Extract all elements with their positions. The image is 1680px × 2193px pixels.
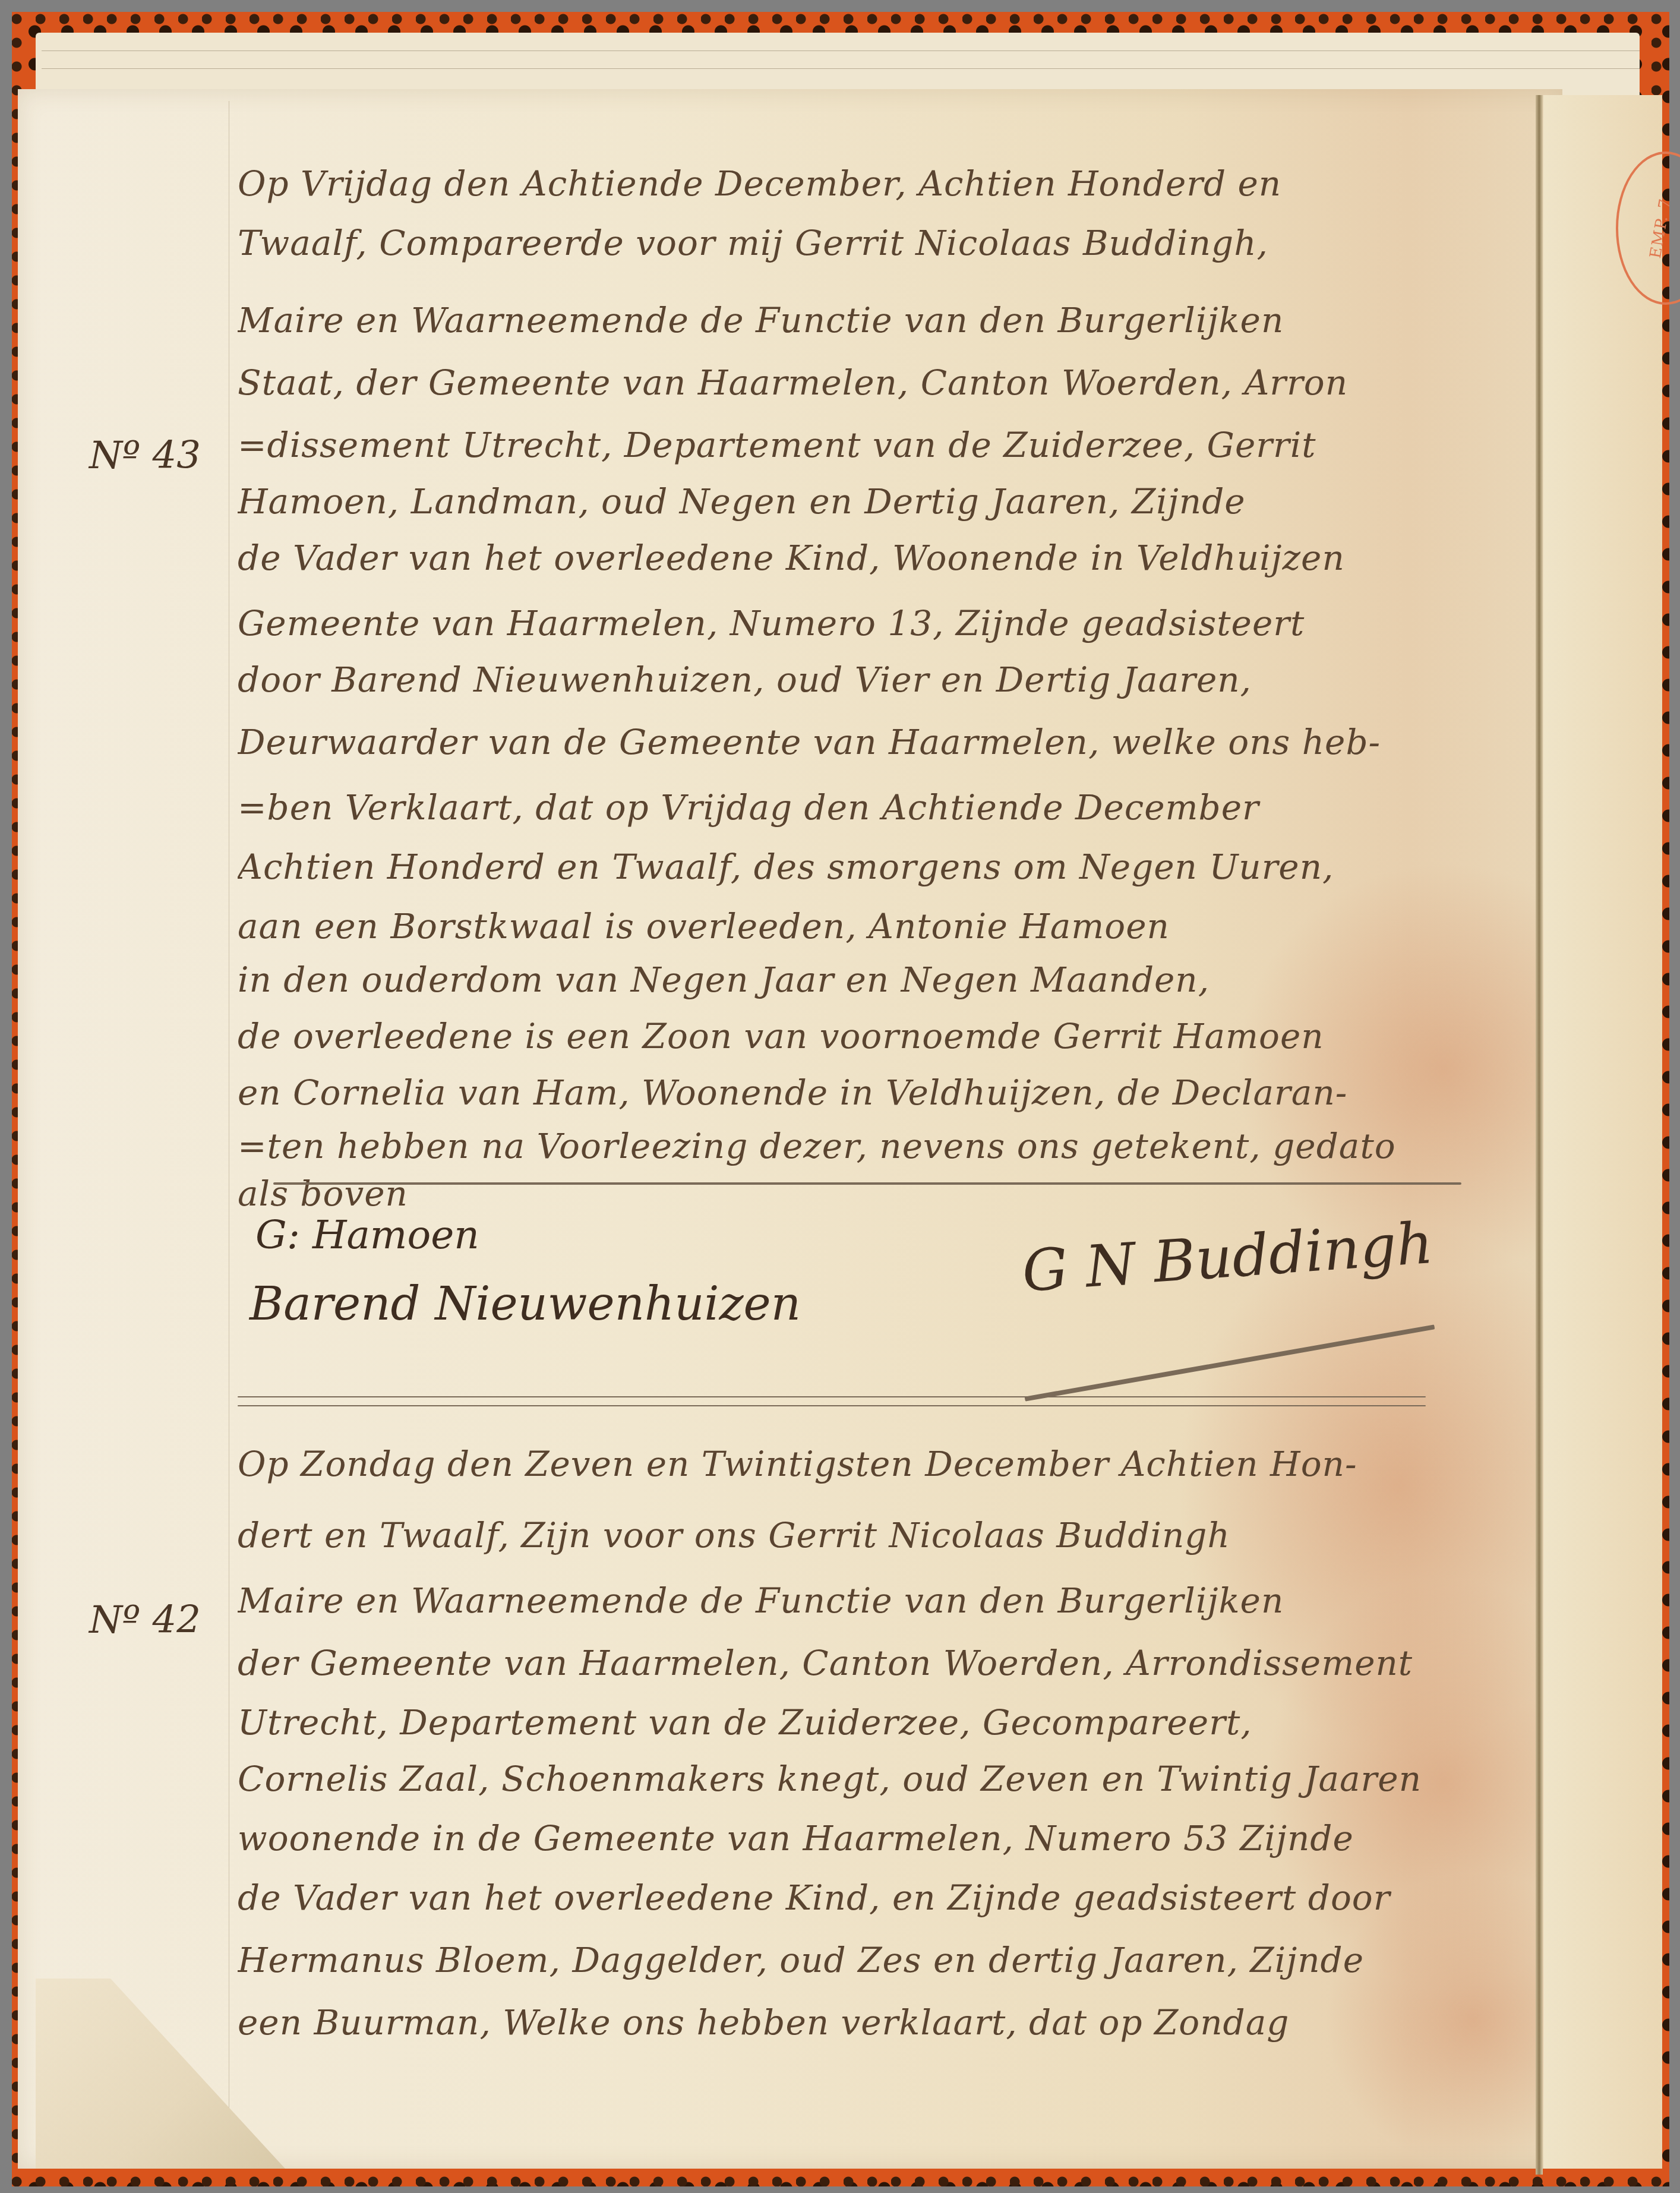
- text-line: de Vader van het overleedene Kind, en Zi…: [238, 1878, 1533, 1918]
- text-line: Cornelis Zaal, Schoenmakers knegt, oud Z…: [238, 1759, 1533, 1799]
- section-divider: [238, 1405, 1426, 1406]
- text-line: een Buurman, Welke ons hebben verklaart,…: [238, 2002, 1533, 2043]
- text-line: Hamoen, Landman, oud Negen en Dertig Jaa…: [238, 481, 1533, 522]
- text-line: Achtien Honderd en Twaalf, des smorgens …: [238, 847, 1533, 887]
- entry-number-42: Nº 42: [89, 1598, 201, 1642]
- text-line: =dissement Utrecht, Departement van de Z…: [238, 425, 1533, 465]
- signature-nieuwenhuizen: Barend Nieuwenhuizen: [250, 1277, 801, 1331]
- text-line: in den ouderdom van Negen Jaar en Negen …: [238, 960, 1533, 1000]
- text-line: der Gemeente van Haarmelen, Canton Woerd…: [238, 1643, 1533, 1683]
- signature-hamoen: G: Hamoen: [255, 1212, 479, 1258]
- text-line: door Barend Nieuwenhuizen, oud Vier en D…: [238, 660, 1533, 700]
- closing-rule: [273, 1182, 1461, 1185]
- text-line: =ben Verklaart, dat op Vrijdag den Achti…: [238, 787, 1533, 828]
- text-line: Maire en Waarneemende de Functie van den…: [238, 1580, 1533, 1621]
- text-line: =ten hebben na Voorleezing dezer, nevens…: [238, 1126, 1533, 1166]
- text-line: en Cornelia van Ham, Woonende in Veldhui…: [238, 1072, 1533, 1113]
- section-divider: [238, 1396, 1426, 1397]
- adjacent-leaf: [1543, 95, 1662, 2169]
- text-line: dert en Twaalf, Zijn voor ons Gerrit Nic…: [238, 1515, 1533, 1555]
- page-fold: [1536, 95, 1543, 2175]
- text-line: Staat, der Gemeente van Haarmelen, Canto…: [238, 362, 1533, 403]
- text-line: Op Vrijdag den Achtiende December, Achti…: [238, 163, 1533, 204]
- text-line: Twaalf, Compareerde voor mij Gerrit Nico…: [238, 223, 1533, 263]
- text-line: de Vader van het overleedene Kind, Woone…: [238, 538, 1533, 578]
- text-line: Hermanus Bloem, Daggelder, oud Zes en de…: [238, 1940, 1533, 1980]
- text-line: aan een Borstkwaal is overleeden, Antoni…: [238, 906, 1533, 946]
- margin-rule: [229, 101, 229, 2151]
- text-line: Utrecht, Departement van de Zuiderzee, G…: [238, 1702, 1533, 1743]
- entry-number-43: Nº 43: [89, 434, 201, 478]
- text-line: Maire en Waarneemende de Functie van den…: [238, 300, 1533, 340]
- text-line: woonende in de Gemeente van Haarmelen, N…: [238, 1818, 1533, 1858]
- text-line: Deurwaarder van de Gemeente van Haarmele…: [238, 722, 1533, 762]
- text-line: Gemeente van Haarmelen, Numero 13, Zijnd…: [238, 603, 1533, 643]
- text-line: als boven: [238, 1173, 416, 1214]
- text-line: de overleedene is een Zoon van voornoemd…: [238, 1016, 1533, 1056]
- text-line: Op Zondag den Zeven en Twintigsten Decem…: [238, 1444, 1533, 1484]
